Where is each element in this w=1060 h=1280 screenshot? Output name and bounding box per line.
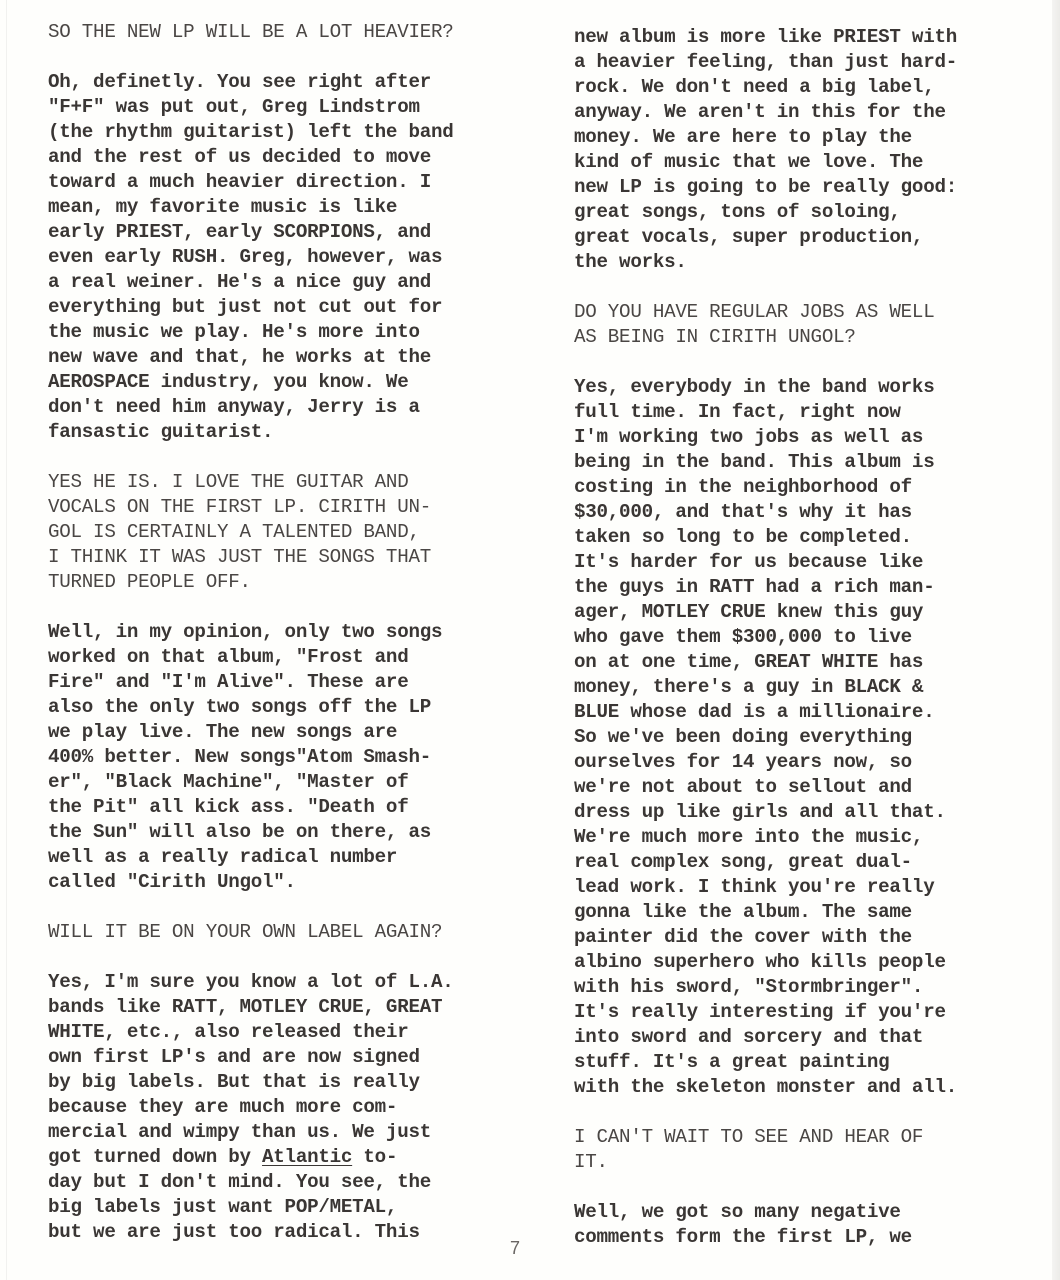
paragraph-gap: [574, 1100, 957, 1125]
text-line: full time. In fact, right now: [574, 400, 957, 425]
text-line: ager, MOTLEY CRUE knew this guy: [574, 600, 957, 625]
paragraph-gap: [574, 275, 957, 300]
text-line: we're not about to sellout and: [574, 775, 957, 800]
text-line: gonna like the album. The same: [574, 900, 957, 925]
text-line: rock. We don't need a big label,: [574, 75, 957, 100]
text-line: new wave and that, he works at the: [48, 345, 454, 370]
left-column: SO THE NEW LP WILL BE A LOT HEAVIER?Oh, …: [48, 20, 454, 1245]
text-line: with the skeleton monster and all.: [574, 1075, 957, 1100]
text-line: because they are much more com-: [48, 1095, 454, 1120]
text-line: AS BEING IN CIRITH UNGOL?: [574, 325, 957, 350]
text-line: the music we play. He's more into: [48, 320, 454, 345]
zine-page: SO THE NEW LP WILL BE A LOT HEAVIER?Oh, …: [0, 0, 1060, 1280]
text-line: Fire" and "I'm Alive". These are: [48, 670, 454, 695]
interview-question: YES HE IS. I LOVE THE GUITAR ANDVOCALS O…: [48, 470, 454, 595]
text-line: kind of music that we love. The: [574, 150, 957, 175]
text-line: lead work. I think you're really: [574, 875, 957, 900]
text-line: own first LP's and are now signed: [48, 1045, 454, 1070]
text-line: er", "Black Machine", "Master of: [48, 770, 454, 795]
text-line: mean, my favorite music is like: [48, 195, 454, 220]
interview-answer: Oh, definetly. You see right after"F+F" …: [48, 70, 454, 445]
text-line: money. We are here to play the: [574, 125, 957, 150]
interview-question: WILL IT BE ON YOUR OWN LABEL AGAIN?: [48, 920, 454, 945]
interview-question: DO YOU HAVE REGULAR JOBS AS WELLAS BEING…: [574, 300, 957, 350]
text-line: Well, we got so many negative: [574, 1200, 957, 1225]
text-line: toward a much heavier direction. I: [48, 170, 454, 195]
text-line: on at one time, GREAT WHITE has: [574, 650, 957, 675]
text-line: being in the band. This album is: [574, 450, 957, 475]
page-edge-shadow: [1052, 0, 1060, 1280]
text-line: Oh, definetly. You see right after: [48, 70, 454, 95]
interview-answer: Well, in my opinion, only two songsworke…: [48, 620, 454, 895]
text-line: I CAN'T WAIT TO SEE AND HEAR OF: [574, 1125, 957, 1150]
text-line: taken so long to be completed.: [574, 525, 957, 550]
text-line: money, there's a guy in BLACK &: [574, 675, 957, 700]
interview-answer: new album is more like PRIEST witha heav…: [574, 25, 957, 275]
paragraph-gap: [48, 445, 454, 470]
text-line: DO YOU HAVE REGULAR JOBS AS WELL: [574, 300, 957, 325]
text-line: the Pit" all kick ass. "Death of: [48, 795, 454, 820]
text-line: ourselves for 14 years now, so: [574, 750, 957, 775]
text-line: AEROSPACE industry, you know. We: [48, 370, 454, 395]
paragraph-gap: [48, 595, 454, 620]
text-line: got turned down by Atlantic to-: [48, 1145, 454, 1170]
text-line: new album is more like PRIEST with: [574, 25, 957, 50]
text-line: SO THE NEW LP WILL BE A LOT HEAVIER?: [48, 20, 454, 45]
text-line: costing in the neighborhood of: [574, 475, 957, 500]
text-line: real complex song, great dual-: [574, 850, 957, 875]
text-line: 400% better. New songs"Atom Smash-: [48, 745, 454, 770]
page-edge-shadow: [6, 0, 7, 1280]
text-line: a heavier feeling, than just hard-: [574, 50, 957, 75]
text-line: TURNED PEOPLE OFF.: [48, 570, 454, 595]
text-line: everything but just not cut out for: [48, 295, 454, 320]
text-line: fansastic guitarist.: [48, 420, 454, 445]
text-line: and the rest of us decided to move: [48, 145, 454, 170]
text-line: the guys in RATT had a rich man-: [574, 575, 957, 600]
paragraph-gap: [48, 45, 454, 70]
paragraph-gap: [574, 350, 957, 375]
text-line: called "Cirith Ungol".: [48, 870, 454, 895]
right-column: new album is more like PRIEST witha heav…: [574, 25, 957, 1250]
text-line: anyway. We aren't in this for the: [574, 100, 957, 125]
text-line: YES HE IS. I LOVE THE GUITAR AND: [48, 470, 454, 495]
text-line: I THINK IT WAS JUST THE SONGS THAT: [48, 545, 454, 570]
paragraph-gap: [574, 1175, 957, 1200]
text-line: We're much more into the music,: [574, 825, 957, 850]
text-line: stuff. It's a great painting: [574, 1050, 957, 1075]
text-line: I'm working two jobs as well as: [574, 425, 957, 450]
text-line: big labels just want POP/METAL,: [48, 1195, 454, 1220]
text-line: great vocals, super production,: [574, 225, 957, 250]
text-line: BLUE whose dad is a millionaire.: [574, 700, 957, 725]
text-line: well as a really radical number: [48, 845, 454, 870]
text-line: early PRIEST, early SCORPIONS, and: [48, 220, 454, 245]
text-line: So we've been doing everything: [574, 725, 957, 750]
text-line: worked on that album, "Frost and: [48, 645, 454, 670]
text-line: but we are just too radical. This: [48, 1220, 454, 1245]
text-line: also the only two songs off the LP: [48, 695, 454, 720]
text-line: dress up like girls and all that.: [574, 800, 957, 825]
text-line: we play live. The new songs are: [48, 720, 454, 745]
text-line: Yes, I'm sure you know a lot of L.A.: [48, 970, 454, 995]
text-line: the works.: [574, 250, 957, 275]
text-line: $30,000, and that's why it has: [574, 500, 957, 525]
interview-answer: Yes, everybody in the band worksfull tim…: [574, 375, 957, 1100]
text-line: the Sun" will also be on there, as: [48, 820, 454, 845]
text-line: VOCALS ON THE FIRST LP. CIRITH UN-: [48, 495, 454, 520]
text-line: WHITE, etc., also released their: [48, 1020, 454, 1045]
interview-answer: Yes, I'm sure you know a lot of L.A.band…: [48, 970, 454, 1245]
text-line: don't need him anyway, Jerry is a: [48, 395, 454, 420]
text-line: even early RUSH. Greg, however, was: [48, 245, 454, 270]
text-line: day but I don't mind. You see, the: [48, 1170, 454, 1195]
text-line: by big labels. But that is really: [48, 1070, 454, 1095]
text-line: painter did the cover with the: [574, 925, 957, 950]
paragraph-gap: [48, 945, 454, 970]
text-line: It's really interesting if you're: [574, 1000, 957, 1025]
text-line: It's harder for us because like: [574, 550, 957, 575]
text-line: a real weiner. He's a nice guy and: [48, 270, 454, 295]
paragraph-gap: [48, 895, 454, 920]
text-line: into sword and sorcery and that: [574, 1025, 957, 1050]
text-line: (the rhythm guitarist) left the band: [48, 120, 454, 145]
interview-question: I CAN'T WAIT TO SEE AND HEAR OFIT.: [574, 1125, 957, 1175]
text-line: comments form the first LP, we: [574, 1225, 957, 1250]
interview-answer: Well, we got so many negativecomments fo…: [574, 1200, 957, 1250]
page-number: 7: [510, 1238, 520, 1259]
text-line: Well, in my opinion, only two songs: [48, 620, 454, 645]
text-line: IT.: [574, 1150, 957, 1175]
text-line: GOL IS CERTAINLY A TALENTED BAND,: [48, 520, 454, 545]
text-line: great songs, tons of soloing,: [574, 200, 957, 225]
text-line: bands like RATT, MOTLEY CRUE, GREAT: [48, 995, 454, 1020]
text-line: "F+F" was put out, Greg Lindstrom: [48, 95, 454, 120]
text-line: new LP is going to be really good:: [574, 175, 957, 200]
text-line: with his sword, "Stormbringer".: [574, 975, 957, 1000]
underlined-label-name: Atlantic: [262, 1146, 352, 1168]
text-line: mercial and wimpy than us. We just: [48, 1120, 454, 1145]
text-line: Yes, everybody in the band works: [574, 375, 957, 400]
text-line: WILL IT BE ON YOUR OWN LABEL AGAIN?: [48, 920, 454, 945]
text-line: albino superhero who kills people: [574, 950, 957, 975]
text-line: who gave them $300,000 to live: [574, 625, 957, 650]
interview-question: SO THE NEW LP WILL BE A LOT HEAVIER?: [48, 20, 454, 45]
